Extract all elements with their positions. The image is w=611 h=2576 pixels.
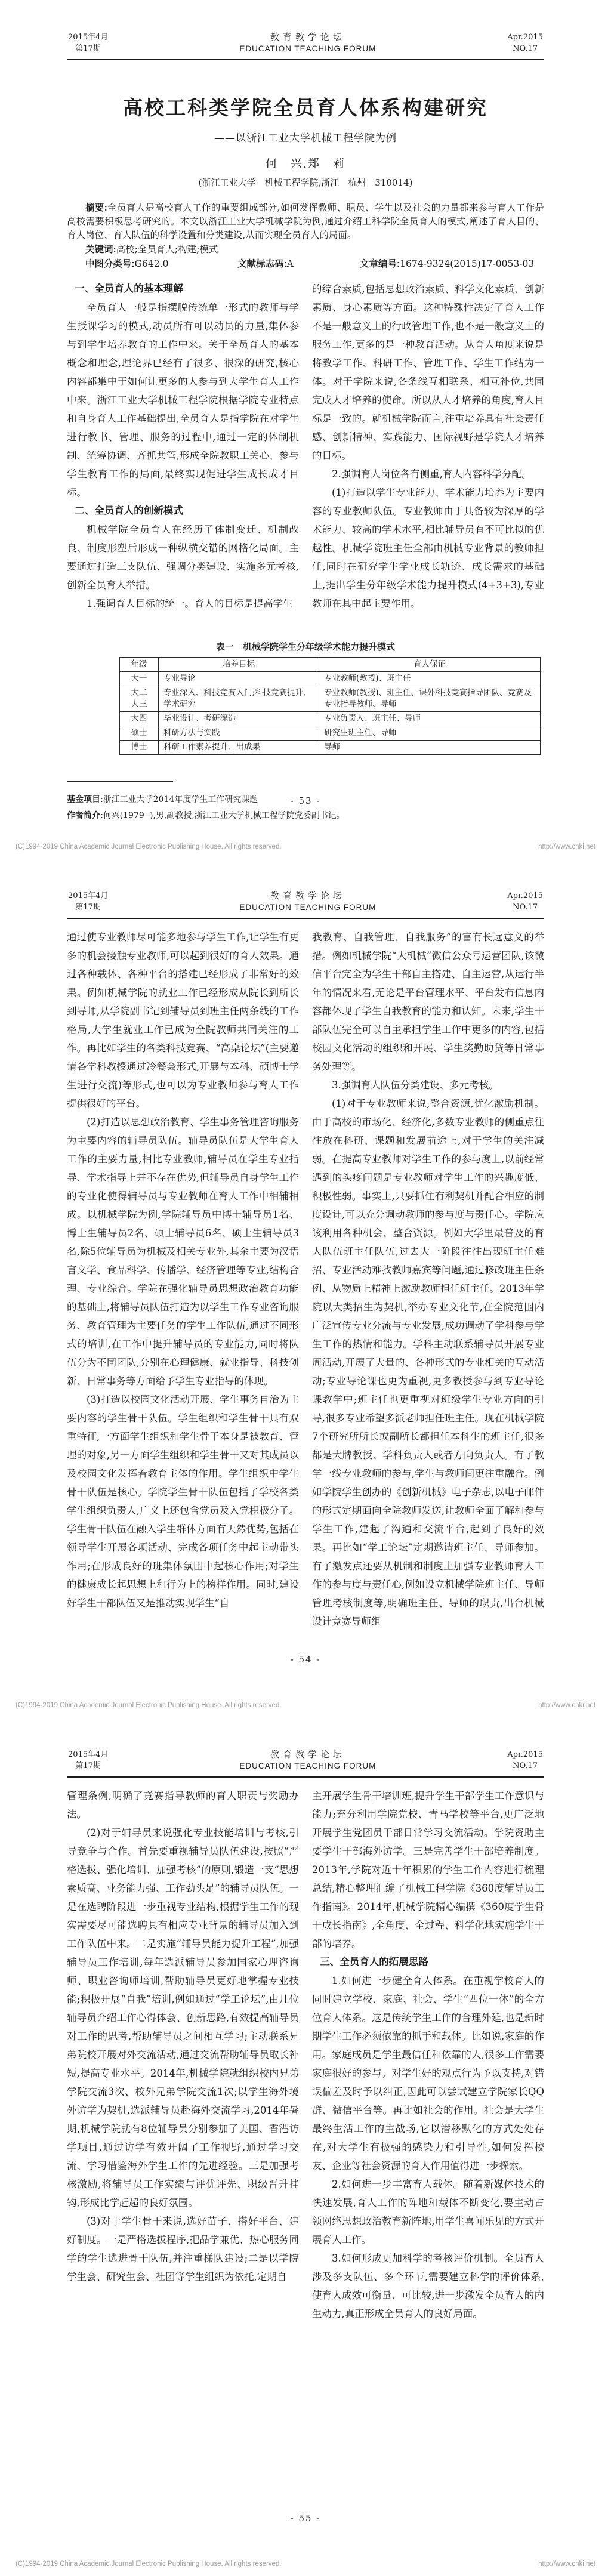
article-affiliation: (浙江工业大学 机械工程学院,浙江 杭州 310014) <box>67 176 544 189</box>
page-number: - 55 - <box>0 2513 611 2523</box>
bio-label: 作者简介: <box>67 810 103 820</box>
article-authors: 何 兴,郑 莉 <box>67 155 544 171</box>
paragraph: 机械学院全员育人在经历了体制变迁、机制改良、制度形塑后形成一种纵横交错的网格化局… <box>67 520 299 594</box>
paragraph: 1.如何进一步健全育人体系。在重视学校育人的同时建立学校、家庭、社会、学生“四位… <box>312 1972 544 2175</box>
table-row: 硕士 科研方法与实践 研究生班主任、导师 <box>120 726 541 741</box>
cell-team: 专业负责人、班主任、导师 <box>319 712 541 726</box>
journal-header-left: 2015年4月 第17期 <box>68 890 108 913</box>
journal-date-en: Apr.2015 <box>507 32 543 43</box>
abstract-label: 摘要: <box>85 203 107 213</box>
abstract-paragraph: 摘要:全员育人是高校育人工作的重要组成部分,如何发挥教师、职员、学生以及社会的力… <box>67 201 544 242</box>
journal-date-en: Apr.2015 <box>507 1749 543 1760</box>
copyright-line: (C)1994-2019 China Academic Journal Elec… <box>16 843 595 850</box>
doccode-segment: 文献标志码:A <box>237 257 360 271</box>
table-caption: 表一 机械学院学生分年级学术能力提升模式 <box>67 640 544 653</box>
keywords-line: 关键词:高校;全员育人;构建;模式 <box>67 243 544 257</box>
journal-header-center: 教育教学论坛 EDUCATION TEACHING FORUM <box>239 1748 376 1772</box>
paragraph: 3.如何形成更加科学的考核评价机制。全员育人涉及多支队伍、多个环节,需要建立科学… <box>312 2249 544 2323</box>
journal-header-right: Apr.2015 NO.17 <box>507 1749 543 1772</box>
copyright-text: (C)1994-2019 China Academic Journal Elec… <box>16 1702 282 1709</box>
artid-label: 文章编号: <box>360 259 400 269</box>
keywords-label: 关键词: <box>85 245 116 255</box>
cell-team: 导师 <box>319 741 541 755</box>
journal-header-left: 2015年4月 第17期 <box>68 32 108 54</box>
paragraph: 通过使专业教师尽可能多地参与学生工作,让学生有更多的机会接触专业教师,可以起到很… <box>67 928 299 1113</box>
artid-segment: 文章编号:1674-9324(2015)17-0053-03 <box>360 257 534 271</box>
journal-header-right: Apr.2015 NO.17 <box>507 32 543 54</box>
journal-header: 2015年4月 第17期 教育教学论坛 EDUCATION TEACHING F… <box>67 1717 544 1778</box>
journal-title-cn: 教育教学论坛 <box>239 1748 376 1760</box>
journal-issue-cn: 第17期 <box>68 43 108 54</box>
doccode-label: 文献标志码: <box>237 259 287 269</box>
right-column: 主开展学生骨干培训班,提升学生干部学生工作意识与能力;充分利用学院党校、青马学校… <box>312 1787 544 2510</box>
cell-grade: 大二 大三 <box>120 686 159 712</box>
journal-date-cn: 2015年4月 <box>68 890 108 902</box>
journal-issue-en: NO.17 <box>507 1760 543 1772</box>
bio-text: 何兴(1979- ),男,副教授,浙江工业大学机械工程学院党委副书记。 <box>103 811 345 820</box>
right-column: 我教育、自我管理、自我服务”的富有长远意义的举措。例如机械学院“大机械”微信公众… <box>312 928 544 1651</box>
body-columns-page2: 通过使专业教师尽可能多地参与学生工作,让学生有更多的机会接触专业教师,可以起到很… <box>67 928 544 1651</box>
copyright-text: (C)1994-2019 China Academic Journal Elec… <box>16 843 282 850</box>
author-bio-line: 作者简介:何兴(1979- ),男,副教授,浙江工业大学机械工程学院党委副书记。 <box>67 807 544 823</box>
table-body: 大一 专业导论 专业教师(教授)、班主任 大二 大三 专业深入、科技竞赛入门;科… <box>120 672 541 755</box>
page-2: 2015年4月 第17期 教育教学论坛 EDUCATION TEACHING F… <box>0 859 611 1717</box>
paragraph: 主开展学生骨干培训班,提升学生干部学生工作意识与能力;充分利用学院党校、青马学校… <box>312 1787 544 1953</box>
paragraph: 1.强调育人目标的统一。育人的目标是提高学生 <box>67 594 299 613</box>
page-number: - 54 - <box>0 1654 611 1665</box>
paragraph: 二、全员育人的创新模式 <box>67 502 299 520</box>
table-row: 大一 专业导论 专业教师(教授)、班主任 <box>120 672 541 686</box>
cnki-url: http://www.cnki.net <box>538 1702 595 1709</box>
footnote-rule <box>67 781 173 782</box>
paragraph: (2)对于辅导员来说强化专业技能培训与考核,引导竞争与合作。首先要重视辅导员队伍… <box>67 1824 299 2212</box>
artid-value: 1674-9324(2015)17-0053-03 <box>400 258 534 269</box>
paragraph: 2.如何进一步丰富育人载体。随着新媒体技术的快速发展,育人工作的阵地和载体不断变… <box>312 2175 544 2249</box>
table-row: 大四 毕业设计、考研深造 专业负责人、班主任、导师 <box>120 712 541 726</box>
copyright-text: (C)1994-2019 China Academic Journal Elec… <box>16 2560 282 2568</box>
journal-header-center: 教育教学论坛 EDUCATION TEACHING FORUM <box>239 890 376 913</box>
paragraph: (2)打造以思想政治教育、学生事务管理咨询服务为主要内容的辅导员队伍。辅导员队伍… <box>67 1113 299 1390</box>
body-columns-page1: 一、全员育人的基本理解全员育人一般是指摆脱传统单一形式的教师与学生授课学习的模式… <box>67 280 544 631</box>
journal-date-cn: 2015年4月 <box>68 1749 108 1760</box>
page-number: - 53 - <box>0 795 611 806</box>
cell-grade: 硕士 <box>120 726 159 741</box>
left-column: 一、全员育人的基本理解全员育人一般是指摆脱传统单一形式的教师与学生授课学习的模式… <box>67 280 299 631</box>
copyright-line: (C)1994-2019 China Academic Journal Elec… <box>16 1702 595 1709</box>
journal-issue-en: NO.17 <box>507 43 543 54</box>
clc-label: 中图分类号: <box>85 259 135 269</box>
cnki-url: http://www.cnki.net <box>538 2560 595 2568</box>
doccode-value: A <box>287 258 294 269</box>
paragraph: (3)对于学生骨干来说,选好苗子、搭好平台、建好制度。一是严格选拔程序,把品学兼… <box>67 2212 299 2286</box>
abstract-block: 摘要:全员育人是高校育人工作的重要组成部分,如何发挥教师、职员、学生以及社会的力… <box>67 201 544 271</box>
journal-issue-cn: 第17期 <box>68 1760 108 1772</box>
paragraph: (1)打造以学生专业能力、学术能力培养为主要内容的专业教师队伍。专业教师由于具备… <box>312 483 544 613</box>
journal-header-center: 教育教学论坛 EDUCATION TEACHING FORUM <box>239 31 376 54</box>
paragraph: 全员育人一般是指摆脱传统单一形式的教师与学生授课学习的模式,动员所有可以动员的力… <box>67 298 299 502</box>
journal-title-en: EDUCATION TEACHING FORUM <box>239 902 376 913</box>
cell-grade: 博士 <box>120 741 159 755</box>
paragraph: (3)打造以校园文化活动开展、学生事务自治为主要内容的学生骨干队伍。学生组织和学… <box>67 1390 299 1612</box>
cell-team: 研究生班主任、导师 <box>319 726 541 741</box>
paragraph: 管理条例,明确了竞赛指导教师的育人职责与奖励办法。 <box>67 1787 299 1824</box>
paragraph: 2.强调育人岗位各有侧重,育人内容科学分配。 <box>312 465 544 483</box>
cell-goal: 专业深入、科技竞赛入门;科技竞赛提升、学术研究 <box>159 686 319 712</box>
journal-date-cn: 2015年4月 <box>68 32 108 43</box>
left-column: 管理条例,明确了竞赛指导教师的育人职责与奖励办法。(2)对于辅导员来说强化专业技… <box>67 1787 299 2510</box>
abstract-text: 全员育人是高校育人工作的重要组成部分,如何发挥教师、职员、学生以及社会的力量都来… <box>67 202 544 240</box>
article-title: 高校工科类学院全员育人体系构建研究 <box>67 92 544 121</box>
article-subtitle: ——以浙江工业大学机械工程学院为例 <box>67 129 544 144</box>
page-1: 2015年4月 第17期 教育教学论坛 EDUCATION TEACHING F… <box>0 0 611 859</box>
table-row: 大二 大三 专业深入、科技竞赛入门;科技竞赛提升、学术研究 专业教师(教授)、班… <box>120 686 541 712</box>
paragraph: 的综合素质,包括思想政治素质、科学文化素质、创新素质、身心素质等方面。这种特殊性… <box>312 280 544 465</box>
journal-date-en: Apr.2015 <box>507 890 543 902</box>
journal-header: 2015年4月 第17期 教育教学论坛 EDUCATION TEACHING F… <box>67 859 544 919</box>
journal-title-en: EDUCATION TEACHING FORUM <box>239 1760 376 1772</box>
table-header-cell: 年级 <box>120 658 159 672</box>
journal-issue-en: NO.17 <box>507 902 543 913</box>
keywords-text: 高校;全员育人;构建;模式 <box>116 244 218 255</box>
cell-team: 专业教师(教授)、班主任 <box>319 672 541 686</box>
table-header-cell: 育人保证 <box>319 658 541 672</box>
paragraph: (1)对于专业教师来说,整合资源,优化激励机制。由于高校的市场化、经济化,多数专… <box>312 1094 544 1631</box>
page-3: 2015年4月 第17期 教育教学论坛 EDUCATION TEACHING F… <box>0 1717 611 2576</box>
paragraph: 我教育、自我管理、自我服务”的富有长远意义的举措。例如机械学院“大机械”微信公众… <box>312 928 544 1076</box>
journal-title-cn: 教育教学论坛 <box>239 31 376 43</box>
classification-line: 中图分类号:G642.0 文献标志码:A 文章编号:1674-9324(2015… <box>67 257 544 271</box>
paragraph: 一、全员育人的基本理解 <box>67 280 299 298</box>
paragraph: 3.强调育人队伍分类建设、多元考核。 <box>312 1076 544 1094</box>
cell-team: 专业教师(教授)、班主任、课外科技竞赛指导团队、竞赛及专业指导教师、导师 <box>319 686 541 712</box>
paragraph: 三、全员育人的拓展思路 <box>312 1953 544 1972</box>
cell-goal: 毕业设计、考研深造 <box>159 712 319 726</box>
cell-goal: 科研工作素养提升、出成果 <box>159 741 319 755</box>
body-columns-page3: 管理条例,明确了竞赛指导教师的育人职责与奖励办法。(2)对于辅导员来说强化专业技… <box>67 1787 544 2510</box>
clc-segment: 中图分类号:G642.0 <box>85 257 237 271</box>
cell-grade: 大一 <box>120 672 159 686</box>
table-header-cell: 培养目标 <box>159 658 319 672</box>
cell-goal: 科研方法与实践 <box>159 726 319 741</box>
copyright-line: (C)1994-2019 China Academic Journal Elec… <box>16 2560 595 2568</box>
journal-issue-cn: 第17期 <box>68 902 108 913</box>
right-column: 的综合素质,包括思想政治素质、科学文化素质、创新素质、身心素质等方面。这种特殊性… <box>312 280 544 631</box>
cnki-url: http://www.cnki.net <box>538 843 595 850</box>
cell-goal: 专业导论 <box>159 672 319 686</box>
journal-header-left: 2015年4月 第17期 <box>68 1749 108 1772</box>
cell-grade: 大四 <box>120 712 159 726</box>
left-column: 通过使专业教师尽可能多地参与学生工作,让学生有更多的机会接触专业教师,可以起到很… <box>67 928 299 1651</box>
journal-header-right: Apr.2015 NO.17 <box>507 890 543 913</box>
clc-value: G642.0 <box>135 258 169 269</box>
table-row: 博士 科研工作素养提升、出成果 导师 <box>120 741 541 755</box>
journal-title-en: EDUCATION TEACHING FORUM <box>239 43 376 54</box>
journal-header: 2015年4月 第17期 教育教学论坛 EDUCATION TEACHING F… <box>67 0 544 60</box>
journal-scan: { "journal": { "date_cn": "2015年4月", "is… <box>0 0 611 2576</box>
journal-title-cn: 教育教学论坛 <box>239 890 376 902</box>
table-header-row: 年级培养目标育人保证 <box>120 658 541 672</box>
data-table: 年级培养目标育人保证 大一 专业导论 专业教师(教授)、班主任 大二 大三 专业… <box>119 657 541 755</box>
